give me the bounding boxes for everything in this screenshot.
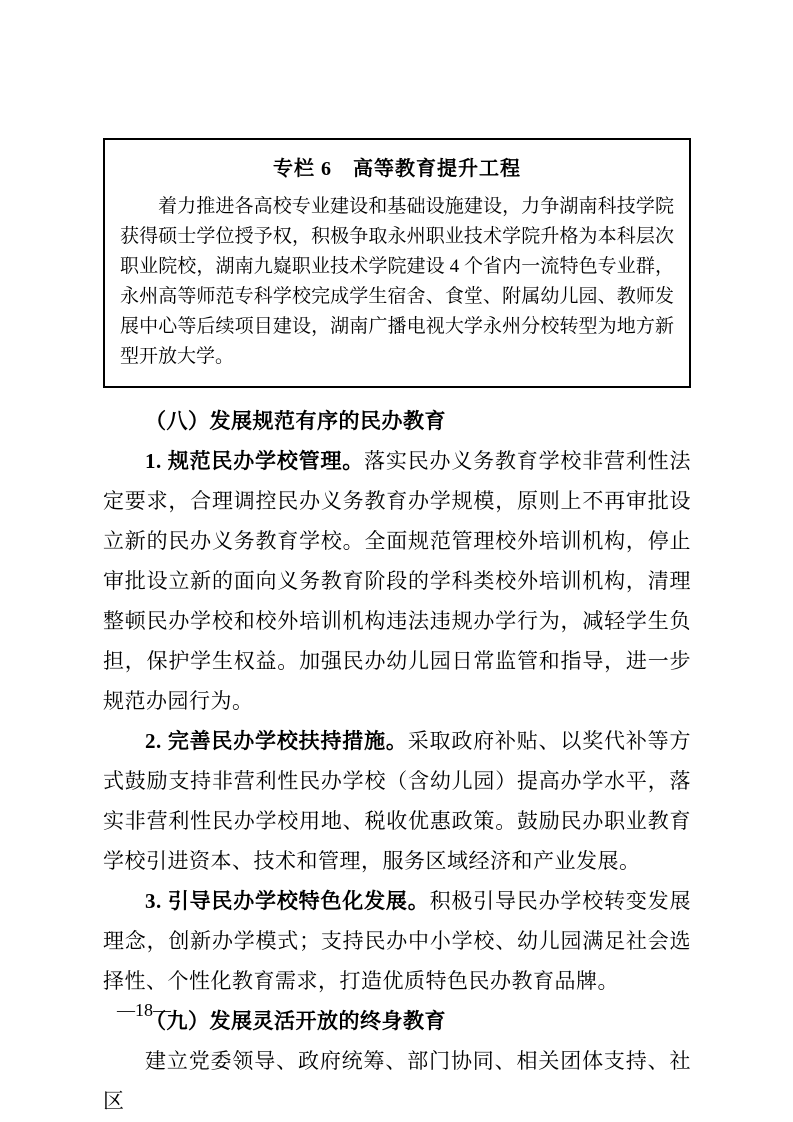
paragraph-lifelong-education: 建立党委领导、政府统筹、部门协同、相关团体支持、社区: [103, 1041, 691, 1121]
section-heading-9: （九）发展灵活开放的终身教育: [103, 1001, 691, 1041]
paragraph-text: 建立党委领导、政府统筹、部门协同、相关团体支持、社区: [103, 1049, 691, 1113]
paragraph-text: 落实民办义务教育学校非营利性法定要求，合理调控民办义务教育办学规模，原则上不再审…: [103, 449, 691, 713]
paragraph-regulate-private-schools: 1. 规范民办学校管理。落实民办义务教育学校非营利性法定要求，合理调控民办义务教…: [103, 441, 691, 721]
callout-title: 专栏 6 高等教育提升工程: [120, 154, 674, 184]
paragraph-support-measures: 2. 完善民办学校扶持措施。采取政府补贴、以奖代补等方式鼓励支持非营利性民办学校…: [103, 721, 691, 881]
page-content: 专栏 6 高等教育提升工程 着力推进各高校专业建设和基础设施建设，力争湖南科技学…: [103, 138, 691, 1121]
section-heading-8: （八）发展规范有序的民办教育: [103, 401, 691, 441]
callout-body-text: 着力推进各高校专业建设和基础设施建设，力争湖南科技学院获得硕士学位授予权，积极争…: [120, 192, 674, 372]
callout-box-column-6: 专栏 6 高等教育提升工程 着力推进各高校专业建设和基础设施建设，力争湖南科技学…: [103, 138, 691, 388]
body-text: （八）发展规范有序的民办教育 1. 规范民办学校管理。落实民办义务教育学校非营利…: [103, 401, 691, 1121]
paragraph-lead: 2. 完善民办学校扶持措施。: [145, 729, 408, 753]
paragraph-lead: 3. 引导民办学校特色化发展。: [145, 889, 430, 913]
paragraph-lead: 1. 规范民办学校管理。: [145, 449, 364, 473]
paragraph-distinctive-development: 3. 引导民办学校特色化发展。积极引导民办学校转变发展理念，创新办学模式；支持民…: [103, 881, 691, 1001]
page-number: —18—: [117, 998, 171, 1022]
document-page: 专栏 6 高等教育提升工程 着力推进各高校专业建设和基础设施建设，力争湖南科技学…: [0, 0, 793, 1122]
